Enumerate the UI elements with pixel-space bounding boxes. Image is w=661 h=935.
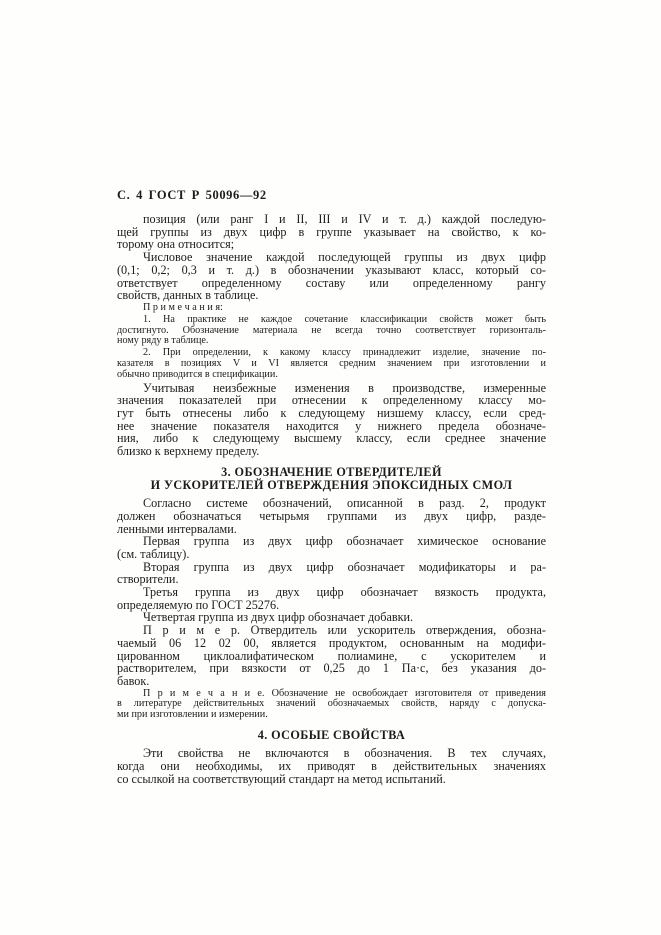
paragraph: Третья группа из двух цифр обозначает вя… [117, 586, 546, 611]
page-header: С. 4 ГОСТ Р 50096—92 [117, 188, 546, 202]
text-line: растворителем, при вязкости от 0,25 до 1… [117, 662, 546, 675]
text-line: П р и м е ч а н и я: [117, 303, 546, 314]
text-line: значения показателей при отнесении к опр… [117, 394, 546, 407]
note-block: 2. При определении, к какому классу прин… [117, 348, 546, 380]
paragraph: Числовое значение каждой последующей гру… [117, 251, 546, 302]
text-line: 4. ОСОБЫЕ СВОЙСТВА [117, 729, 546, 742]
text-line: близко к верхнему пределу. [117, 445, 546, 458]
text-line: (см. таблицу). [117, 548, 546, 561]
text-line: П р и м е р. Отвердитель или ускоритель … [117, 624, 546, 637]
section-heading: 3. ОБОЗНАЧЕНИЕ ОТВЕРДИТЕЛЕЙИ УСКОРИТЕЛЕЙ… [117, 466, 546, 492]
text-line: (0,1; 0,2; 0,3 и т. д.) в обозначении ук… [117, 264, 546, 277]
paragraph: П р и м е р. Отвердитель или ускоритель … [117, 624, 546, 688]
text-line: свойств, данных в таблице. [117, 289, 546, 302]
text-line: гут быть отнесены либо к следующему низш… [117, 407, 546, 420]
text-line: 3. ОБОЗНАЧЕНИЕ ОТВЕРДИТЕЛЕЙ [117, 466, 546, 479]
text-line: обычно приводится в спецификации. [117, 370, 546, 381]
section-heading: 4. ОСОБЫЕ СВОЙСТВА [117, 729, 546, 742]
text-line: ному ряду в таблице. [117, 336, 546, 347]
text-line: Согласно системе обозначений, описанной … [117, 497, 546, 510]
text-line: со ссылкой на соответствующий стандарт н… [117, 773, 546, 786]
text-line: Третья группа из двух цифр обозначает вя… [117, 586, 546, 599]
note-block: П р и м е ч а н и я: [117, 303, 546, 314]
text-line: 1. На практике не каждое сочетание класс… [117, 315, 546, 326]
text-line: чаемый 06 12 02 00, является продуктом, … [117, 637, 546, 650]
paragraph: Первая группа из двух цифр обозначает хи… [117, 535, 546, 560]
text-line: бавок. [117, 675, 546, 688]
note-block: 1. На практике не каждое сочетание класс… [117, 315, 546, 347]
paragraph: Эти свойства не включаются в обозначения… [117, 747, 546, 785]
page-text-block: С. 4 ГОСТ Р 50096—92 позиция (или ранг I… [117, 188, 546, 785]
text-line: И УСКОРИТЕЛЕЙ ОТВЕРЖДЕНИЯ ЭПОКСИДНЫХ СМО… [117, 479, 546, 492]
text-line: позиция (или ранг I и II, III и IV и т. … [117, 213, 546, 226]
document-body: позиция (или ранг I и II, III и IV и т. … [117, 213, 546, 785]
text-line: Вторая группа из двух цифр обозначает мо… [117, 561, 546, 574]
text-line: должен обозначаться четырьмя группами из… [117, 510, 546, 523]
text-line: Числовое значение каждой последующей гру… [117, 251, 546, 264]
paragraph: Учитывая неизбежные изменения в производ… [117, 382, 546, 458]
scanned-document-page: С. 4 ГОСТ Р 50096—92 позиция (или ранг I… [0, 0, 661, 935]
paragraph: Вторая группа из двух цифр обозначает мо… [117, 561, 546, 586]
paragraph: позиция (или ранг I и II, III и IV и т. … [117, 213, 546, 251]
paragraph: Согласно системе обозначений, описанной … [117, 497, 546, 535]
note-block: П р и м е ч а н и е. Обозначение не осво… [117, 689, 546, 721]
text-line: когда они необходимы, их приводят в дейс… [117, 760, 546, 773]
text-line: ми при изготовлении и измерении. [117, 710, 546, 721]
